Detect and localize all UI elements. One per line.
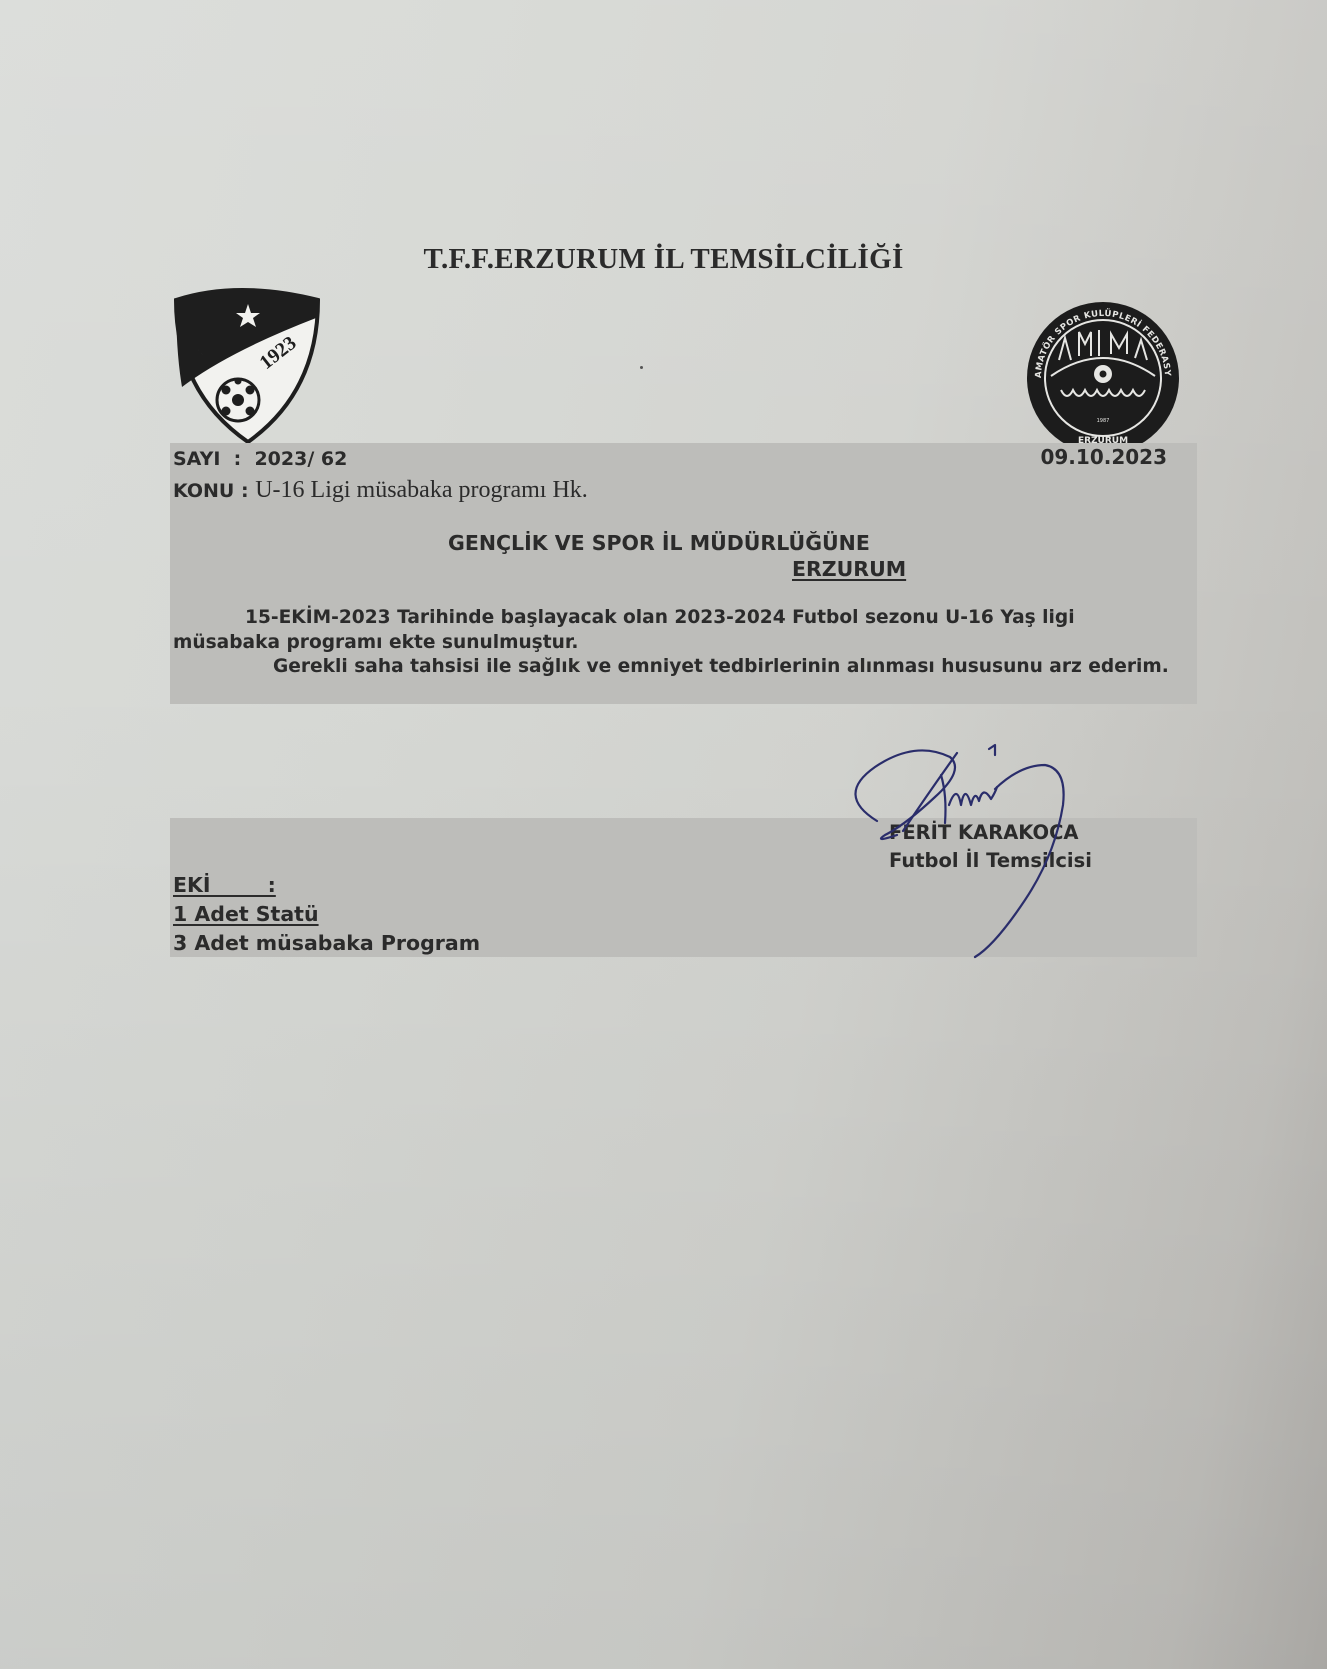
document-date: 09.10.2023 xyxy=(1040,445,1167,469)
subject-value: U-16 Ligi müsabaka programı Hk. xyxy=(255,477,588,503)
document-header-title: T.F.F.ERZURUM İL TEMSİLCİLİĞİ xyxy=(0,243,1327,276)
attachment-item: 3 Adet müsabaka Program xyxy=(173,931,480,955)
signer-title: Futbol İl Temsilcisi xyxy=(889,849,1092,872)
subject-line: KONU : U-16 Ligi müsabaka programı Hk. xyxy=(173,477,588,504)
reference-number: SAYI : 2023/ 62 xyxy=(173,448,347,470)
svg-text:1987: 1987 xyxy=(1097,418,1110,424)
signer-name: FERİT KARAKOCA xyxy=(889,821,1079,844)
letter-body: 15-EKİM-2023 Tarihinde başlayacak olan 2… xyxy=(173,606,1183,680)
tff-crest-icon: 1923 xyxy=(168,282,330,446)
attachments-label: EKİ : xyxy=(173,873,276,897)
askf-seal-icon: AMATÖR SPOR KULÜPLERİ FEDERASYONU BAŞKAN… xyxy=(1015,298,1191,444)
body-paragraph-1: 15-EKİM-2023 Tarihinde başlayacak olan 2… xyxy=(173,606,1183,655)
subject-label: KONU : xyxy=(173,480,249,502)
addressee-line-2: ERZURUM xyxy=(792,557,906,581)
paper-speck xyxy=(640,366,643,369)
attachment-item: 1 Adet Statü xyxy=(173,902,319,926)
addressee-line-1: GENÇLİK VE SPOR İL MÜDÜRLÜĞÜNE xyxy=(448,531,870,555)
body-paragraph-2: Gerekli saha tahsisi ile sağlık ve emniy… xyxy=(173,655,1183,680)
